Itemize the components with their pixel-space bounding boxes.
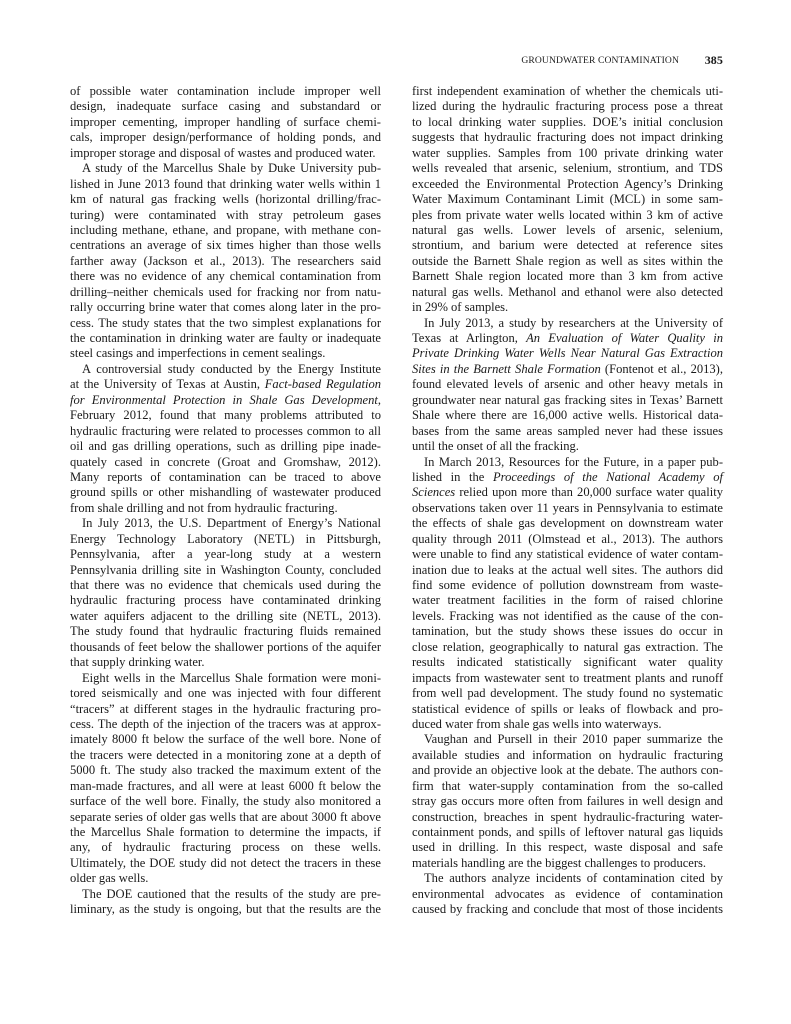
text-line: Ultimately, the DOE study did not detect… — [70, 856, 381, 871]
text-line: cess. The depth of the injection of the … — [70, 717, 381, 732]
italic-title: Sciences — [412, 485, 455, 499]
running-title: GROUNDWATER CONTAMINATION — [521, 55, 679, 66]
text-line: there was no evidence of any chemical co… — [70, 269, 381, 284]
text-line: containment ponds, and spills of leftove… — [412, 825, 723, 840]
line-text: Many reports of contamination can be tra… — [70, 470, 381, 484]
line-text: hydraulic fracturing process have contam… — [70, 593, 381, 607]
line-text: ground spills or other mishandling of wa… — [70, 485, 381, 499]
text-line: “tracers” at different stages in the hyd… — [70, 702, 381, 717]
line-text: turing) were contaminated with stray pet… — [70, 208, 381, 222]
line-text: tamination, but the study shows these is… — [412, 624, 723, 638]
text-line: turing) were contaminated with stray pet… — [70, 208, 381, 223]
line-text: water aquifers adjacent to the drilling … — [70, 609, 381, 623]
line-text: Pennsylvania drilling site in Washington… — [70, 563, 381, 577]
text-line: at the University of Texas at Austin, Fa… — [70, 377, 381, 392]
line-text: farther away (Jackson et al., 2013). The… — [70, 254, 381, 268]
text-line: man-made fractures, and all were at leas… — [70, 779, 381, 794]
text-line: tored seismically and one was injected w… — [70, 686, 381, 701]
text-line: imately 8000 ft below the surface of the… — [70, 732, 381, 747]
line-text: In July 2013, a study by researchers at … — [424, 316, 723, 330]
text-line: A controversial study conducted by the E… — [70, 362, 381, 377]
text-line: Texas at Arlington, An Evaluation of Wat… — [412, 331, 723, 346]
text-line: February 2012, found that many problems … — [70, 408, 381, 423]
text-line: Energy Technology Laboratory (NETL) in P… — [70, 532, 381, 547]
line-text: Texas at Arlington, — [412, 331, 526, 345]
line-text: Shale where there are 16,000 active well… — [412, 408, 723, 422]
left-text-column: of possible water contamination include … — [70, 84, 381, 918]
text-line: lized during the hydraulic fracturing pr… — [412, 99, 723, 114]
line-text: lished in the — [412, 470, 493, 484]
text-line: A study of the Marcellus Shale by Duke U… — [70, 161, 381, 176]
line-text: caused by fracking and conclude that mos… — [412, 902, 723, 916]
text-line: results indicated statistically signific… — [412, 655, 723, 670]
line-text: the contamination in drinking water are … — [70, 331, 381, 345]
text-line: the contamination in drinking water are … — [70, 331, 381, 346]
line-text: to local drinking water supplies. DOE’s … — [412, 115, 723, 129]
line-text: that supply drinking water. — [70, 655, 205, 669]
text-line: used in drilling. In this respect, waste… — [412, 840, 723, 855]
line-text: hydraulic fracturing were related to pro… — [70, 424, 381, 438]
text-line: were unable to find any statistical evid… — [412, 547, 723, 562]
text-line: In March 2013, Resources for the Future,… — [412, 455, 723, 470]
running-header: GROUNDWATER CONTAMINATION 385 — [412, 53, 723, 69]
text-line: cess. The study states that the two simp… — [70, 316, 381, 331]
text-line: construction, breaches in spent hydrauli… — [412, 810, 723, 825]
line-text: rally occurring brine water that comes a… — [70, 300, 381, 314]
line-text: until the onset of all the fracking. — [412, 439, 579, 453]
line-text: water treatment facilities in the form o… — [412, 593, 723, 607]
line-text: older gas wells. — [70, 871, 148, 885]
line-text: Pennsylvania, after a year-long study at… — [70, 547, 381, 561]
text-line: the tracers were detected in a monitorin… — [70, 748, 381, 763]
line-text: stray gas occurs more often from failure… — [412, 794, 723, 808]
line-text: steel casings and imperfections in cemen… — [70, 346, 325, 360]
line-text: impacts from wastewater sent to treatmen… — [412, 671, 723, 685]
text-line: materials handling are the biggest chall… — [412, 856, 723, 871]
text-line: older gas wells. — [70, 871, 381, 886]
text-line: improper cementing, improper handling of… — [70, 115, 381, 130]
line-text: natural gas wells. Methanol and ethanol … — [412, 285, 723, 299]
line-text: the tracers were detected in a monitorin… — [70, 748, 381, 762]
text-line: water treatment facilities in the form o… — [412, 593, 723, 608]
line-text: duced water from shale gas wells into wa… — [412, 717, 661, 731]
text-line: liminary, as the study is ongoing, but t… — [70, 902, 381, 917]
line-text: Water Maximum Contaminant Limit (MCL) in… — [412, 192, 723, 206]
text-line: that supply drinking water. — [70, 655, 381, 670]
line-text: improper cementing, improper handling of… — [70, 115, 381, 129]
line-text: there was no evidence of any chemical co… — [70, 269, 381, 283]
line-text: liminary, as the study is ongoing, but t… — [70, 902, 381, 916]
line-text: and provide an objective look at the deb… — [412, 763, 723, 777]
text-line: ination due to leaks at the actual well … — [412, 563, 723, 578]
text-line: first independent examination of whether… — [412, 84, 723, 99]
line-text: Energy Technology Laboratory (NETL) in P… — [70, 532, 381, 546]
text-line: strontium, and barium were detected at r… — [412, 238, 723, 253]
line-text: strontium, and barium were detected at r… — [412, 238, 723, 252]
text-line: available studies and information on hyd… — [412, 748, 723, 763]
line-text: found elevated levels of arsenic and oth… — [412, 377, 723, 391]
text-line: stray gas occurs more often from failure… — [412, 794, 723, 809]
line-text: wells revealed that arsenic, selenium, s… — [412, 161, 723, 175]
text-line: hydraulic fracturing were related to pro… — [70, 424, 381, 439]
line-text: including methane, ethane, and propane, … — [70, 223, 381, 237]
italic-title: Private Drinking Water Wells Near Natura… — [412, 346, 723, 360]
line-text: cals, improper design/performance of hol… — [70, 130, 381, 144]
text-line: In July 2013, the U.S. Department of Ene… — [70, 516, 381, 531]
text-line: improper storage and disposal of wastes … — [70, 146, 381, 161]
line-text: environmental advocates as evidence of c… — [412, 887, 723, 901]
line-text: quality through 2011 (Olmstead et al., 2… — [412, 532, 723, 546]
line-text: (Fontenot et al., 2013), — [601, 362, 723, 376]
line-text: drilling–neither chemicals used for frac… — [70, 285, 381, 299]
line-text: ination due to leaks at the actual well … — [412, 563, 723, 577]
text-line: Vaughan and Pursell in their 2010 paper … — [412, 732, 723, 747]
italic-title: for Environmental Protection in Shale Ga… — [70, 393, 378, 407]
line-text: exceeded the Environmental Protection Ag… — [412, 177, 723, 191]
line-text: levels. Fracking was not identified as t… — [412, 609, 723, 623]
text-line: wells revealed that arsenic, selenium, s… — [412, 161, 723, 176]
text-line: natural gas wells. Lower levels of arsen… — [412, 223, 723, 238]
line-text: first independent examination of whether… — [412, 84, 723, 98]
line-text: surface of the well bore. Finally, the s… — [70, 794, 381, 808]
text-line: oil and gas drilling operations, such as… — [70, 439, 381, 454]
line-text: construction, breaches in spent hydrauli… — [412, 810, 723, 824]
italic-title: Proceedings of the National Academy of — [493, 470, 723, 484]
text-line: Pennsylvania drilling site in Washington… — [70, 563, 381, 578]
text-line: firm that water-supply contamination fro… — [412, 779, 723, 794]
line-text: close relation, geographically to natura… — [412, 640, 723, 654]
line-text: find some evidence of pollution downstre… — [412, 578, 723, 592]
text-line: outside the Barnett Shale region as well… — [412, 254, 723, 269]
text-line: water supplies. Samples from 100 private… — [412, 146, 723, 161]
line-text: February 2012, found that many problems … — [70, 408, 381, 422]
line-text: km of natural gas fracking wells (horizo… — [70, 192, 381, 206]
line-text: Vaughan and Pursell in their 2010 paper … — [424, 732, 723, 746]
text-line: drilling–neither chemicals used for frac… — [70, 285, 381, 300]
line-text: bases from the same areas sampled never … — [412, 424, 723, 438]
line-text: tored seismically and one was injected w… — [70, 686, 381, 700]
text-line: natural gas wells. Methanol and ethanol … — [412, 285, 723, 300]
right-text-column: first independent examination of whether… — [412, 84, 723, 918]
line-text: oil and gas drilling operations, such as… — [70, 439, 381, 453]
line-text: cess. The study states that the two simp… — [70, 316, 381, 330]
line-text: centrations an average of six times high… — [70, 238, 381, 252]
text-line: ground spills or other mishandling of wa… — [70, 485, 381, 500]
text-line: Sites in the Barnett Shale Formation (Fo… — [412, 362, 723, 377]
text-line: The study found that hydraulic fracturin… — [70, 624, 381, 639]
text-line: that there was no evidence that chemical… — [70, 578, 381, 593]
line-text: imately 8000 ft below the surface of the… — [70, 732, 381, 746]
text-line: groundwater near natural gas fracking si… — [412, 393, 723, 408]
text-line: quality through 2011 (Olmstead et al., 2… — [412, 532, 723, 547]
text-line: The authors analyze incidents of contami… — [412, 871, 723, 886]
italic-title: An Evaluation of Water Quality in — [526, 331, 723, 345]
line-text: lized during the hydraulic fracturing pr… — [412, 99, 723, 113]
text-line: The DOE cautioned that the results of th… — [70, 887, 381, 902]
text-line: for Environmental Protection in Shale Ga… — [70, 393, 381, 408]
line-text: from shale drilling and not from hydraul… — [70, 501, 338, 515]
text-line: Shale where there are 16,000 active well… — [412, 408, 723, 423]
text-line: steel casings and imperfections in cemen… — [70, 346, 381, 361]
text-line: the Marcellus Shale formation to determi… — [70, 825, 381, 840]
line-text: groundwater near natural gas fracking si… — [412, 393, 723, 407]
text-line: of possible water contamination include … — [70, 84, 381, 99]
text-line: 5000 ft. The study also tracked the maxi… — [70, 763, 381, 778]
line-text: ples from private water wells located wi… — [412, 208, 723, 222]
line-text: thousands of feet below the shallower po… — [70, 640, 381, 654]
text-line: including methane, ethane, and propane, … — [70, 223, 381, 238]
italic-title: Sites in the Barnett Shale Formation — [412, 362, 601, 376]
text-line: duced water from shale gas wells into wa… — [412, 717, 723, 732]
line-text: man-made fractures, and all were at leas… — [70, 779, 381, 793]
line-text: design, inadequate surface casing and su… — [70, 99, 381, 113]
line-text: “tracers” at different stages in the hyd… — [70, 702, 381, 716]
line-text: water supplies. Samples from 100 private… — [412, 146, 723, 160]
text-line: separate series of older gas wells that … — [70, 810, 381, 825]
text-line: rally occurring brine water that comes a… — [70, 300, 381, 315]
italic-title: Fact-based Regulation — [265, 377, 381, 391]
text-line: In July 2013, a study by researchers at … — [412, 316, 723, 331]
text-line: cals, improper design/performance of hol… — [70, 130, 381, 145]
line-text: relied upon more than 20,000 surface wat… — [455, 485, 723, 499]
line-text: any, of hydraulic fracturing process on … — [70, 840, 381, 854]
text-line: statistical evidence of spills or leaks … — [412, 702, 723, 717]
line-text: separate series of older gas wells that … — [70, 810, 381, 824]
line-text: of possible water contamination include … — [70, 84, 381, 98]
line-text: In July 2013, the U.S. Department of Ene… — [82, 516, 381, 530]
text-line: lished in June 2013 found that drinking … — [70, 177, 381, 192]
line-text: available studies and information on hyd… — [412, 748, 723, 762]
text-line: thousands of feet below the shallower po… — [70, 640, 381, 655]
line-text: 5000 ft. The study also tracked the maxi… — [70, 763, 381, 777]
text-line: close relation, geographically to natura… — [412, 640, 723, 655]
text-line: Eight wells in the Marcellus Shale forma… — [70, 671, 381, 686]
line-text: at the University of Texas at Austin, — [70, 377, 265, 391]
line-text: results indicated statistically signific… — [412, 655, 723, 669]
text-line: to local drinking water supplies. DOE’s … — [412, 115, 723, 130]
text-line: in 29% of samples. — [412, 300, 723, 315]
text-line: tamination, but the study shows these is… — [412, 624, 723, 639]
line-text: containment ponds, and spills of leftove… — [412, 825, 723, 839]
text-line: Barnett Shale region located more than 3… — [412, 269, 723, 284]
line-text: outside the Barnett Shale region as well… — [412, 254, 723, 268]
line-text: statistical evidence of spills or leaks … — [412, 702, 723, 716]
line-text: A controversial study conducted by the E… — [82, 362, 381, 376]
line-text: A study of the Marcellus Shale by Duke U… — [82, 161, 381, 175]
line-text: firm that water-supply contamination fro… — [412, 779, 723, 793]
text-line: exceeded the Environmental Protection Ag… — [412, 177, 723, 192]
line-text: suggests that hydraulic fracturing does … — [412, 130, 723, 144]
text-line: suggests that hydraulic fracturing does … — [412, 130, 723, 145]
text-line: centrations an average of six times high… — [70, 238, 381, 253]
line-text: observations taken over 11 years in Penn… — [412, 501, 723, 515]
text-line: from shale drilling and not from hydraul… — [70, 501, 381, 516]
page-number: 385 — [705, 53, 723, 68]
line-text: materials handling are the biggest chall… — [412, 856, 706, 870]
text-line: caused by fracking and conclude that mos… — [412, 902, 723, 917]
line-text: cess. The depth of the injection of the … — [70, 717, 381, 731]
text-line: farther away (Jackson et al., 2013). The… — [70, 254, 381, 269]
line-text: The authors analyze incidents of contami… — [424, 871, 723, 885]
text-line: water aquifers adjacent to the drilling … — [70, 609, 381, 624]
text-line: surface of the well bore. Finally, the s… — [70, 794, 381, 809]
line-text: improper storage and disposal of wastes … — [70, 146, 376, 160]
line-text: used in drilling. In this respect, waste… — [412, 840, 723, 854]
text-line: Sciences relied upon more than 20,000 su… — [412, 485, 723, 500]
line-text: were unable to find any statistical evid… — [412, 547, 723, 561]
text-line: Water Maximum Contaminant Limit (MCL) in… — [412, 192, 723, 207]
text-line: hydraulic fracturing process have contam… — [70, 593, 381, 608]
text-line: levels. Fracking was not identified as t… — [412, 609, 723, 624]
line-text: the effects of shale gas development on … — [412, 516, 723, 530]
line-text: The study found that hydraulic fracturin… — [70, 624, 381, 638]
text-line: observations taken over 11 years in Penn… — [412, 501, 723, 516]
text-line: Pennsylvania, after a year-long study at… — [70, 547, 381, 562]
text-line: environmental advocates as evidence of c… — [412, 887, 723, 902]
line-text: that there was no evidence that chemical… — [70, 578, 381, 592]
text-line: lished in the Proceedings of the Nationa… — [412, 470, 723, 485]
text-line: and provide an objective look at the deb… — [412, 763, 723, 778]
text-line: ples from private water wells located wi… — [412, 208, 723, 223]
text-line: Many reports of contamination can be tra… — [70, 470, 381, 485]
line-text: Barnett Shale region located more than 3… — [412, 269, 723, 283]
text-line: from well pad development. The study fou… — [412, 686, 723, 701]
text-line: quately cased in concrete (Groat and Gro… — [70, 455, 381, 470]
line-text: The DOE cautioned that the results of th… — [82, 887, 381, 901]
text-line: design, inadequate surface casing and su… — [70, 99, 381, 114]
line-text: natural gas wells. Lower levels of arsen… — [412, 223, 723, 237]
line-text: In March 2013, Resources for the Future,… — [424, 455, 723, 469]
text-line: impacts from wastewater sent to treatmen… — [412, 671, 723, 686]
line-text: from well pad development. The study fou… — [412, 686, 723, 700]
text-line: bases from the same areas sampled never … — [412, 424, 723, 439]
text-line: km of natural gas fracking wells (horizo… — [70, 192, 381, 207]
text-line: the effects of shale gas development on … — [412, 516, 723, 531]
line-text: , — [378, 393, 381, 407]
line-text: quately cased in concrete (Groat and Gro… — [70, 455, 381, 469]
line-text: lished in June 2013 found that drinking … — [70, 177, 381, 191]
text-line: found elevated levels of arsenic and oth… — [412, 377, 723, 392]
text-line: find some evidence of pollution downstre… — [412, 578, 723, 593]
line-text: in 29% of samples. — [412, 300, 508, 314]
text-line: Private Drinking Water Wells Near Natura… — [412, 346, 723, 361]
line-text: Eight wells in the Marcellus Shale forma… — [82, 671, 381, 685]
text-line: until the onset of all the fracking. — [412, 439, 723, 454]
line-text: Ultimately, the DOE study did not detect… — [70, 856, 381, 870]
text-line: any, of hydraulic fracturing process on … — [70, 840, 381, 855]
line-text: the Marcellus Shale formation to determi… — [70, 825, 381, 839]
